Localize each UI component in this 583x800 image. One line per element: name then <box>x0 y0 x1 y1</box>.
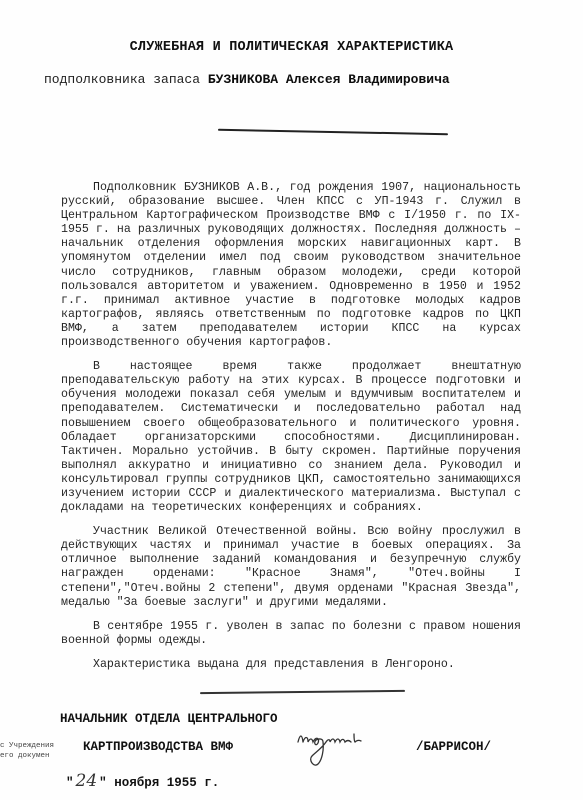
date-day-handwritten: 24 <box>74 771 100 791</box>
stamp-line2: его докумен <box>0 751 70 761</box>
date-month-year: ноября 1955 г. <box>114 776 219 790</box>
document-subtitle: подполковника запаса БУЗНИКОВА Алексея В… <box>44 72 544 87</box>
subtitle-person-name: БУЗНИКОВА Алексея Владимировича <box>208 72 450 87</box>
date-open-quote: " <box>66 776 74 790</box>
signer-name: /БАРРИСОН/ <box>416 740 491 754</box>
document-title: СЛУЖЕБНАЯ И ПОЛИТИЧЕСКАЯ ХАРАКТЕРИСТИКА <box>0 40 583 55</box>
document-body: Подполковник БУЗНИКОВ А.В., год рождения… <box>61 181 521 684</box>
document-date: "24" ноября 1955 г. <box>66 771 219 791</box>
signer-position-line1: НАЧАЛЬНИК ОТДЕЛА ЦЕНТРАЛЬНОГО <box>60 712 278 726</box>
signer-position-line2: КАРТПРОИЗВОДСТВА ВМФ <box>83 740 233 754</box>
signature-block: НАЧАЛЬНИК ОТДЕЛА ЦЕНТРАЛЬНОГО с Учрежден… <box>0 712 583 800</box>
paragraph-current-activity: В настоящее время также продолжает внешт… <box>61 360 521 515</box>
subtitle-rank: подполковника запаса <box>44 72 200 87</box>
paragraph-war-participation: Участник Великой Отечественной войны. Вс… <box>61 525 521 610</box>
stamp-fragment: с Учреждения его докумен <box>0 741 70 761</box>
paragraph-discharge: В сентябре 1955 г. уволен в запас по бол… <box>61 620 521 648</box>
paragraph-purpose: Характеристика выдана для представления … <box>61 658 521 672</box>
header-divider <box>218 129 448 135</box>
stamp-line1: с Учреждения <box>0 741 70 751</box>
date-close-quote: " <box>99 776 107 790</box>
document-page: СЛУЖЕБНАЯ И ПОЛИТИЧЕСКАЯ ХАРАКТЕРИСТИКА … <box>0 0 583 800</box>
footer-divider <box>200 690 405 694</box>
handwritten-signature-icon <box>296 730 376 770</box>
paragraph-service-record: Подполковник БУЗНИКОВ А.В., год рождения… <box>61 181 521 350</box>
